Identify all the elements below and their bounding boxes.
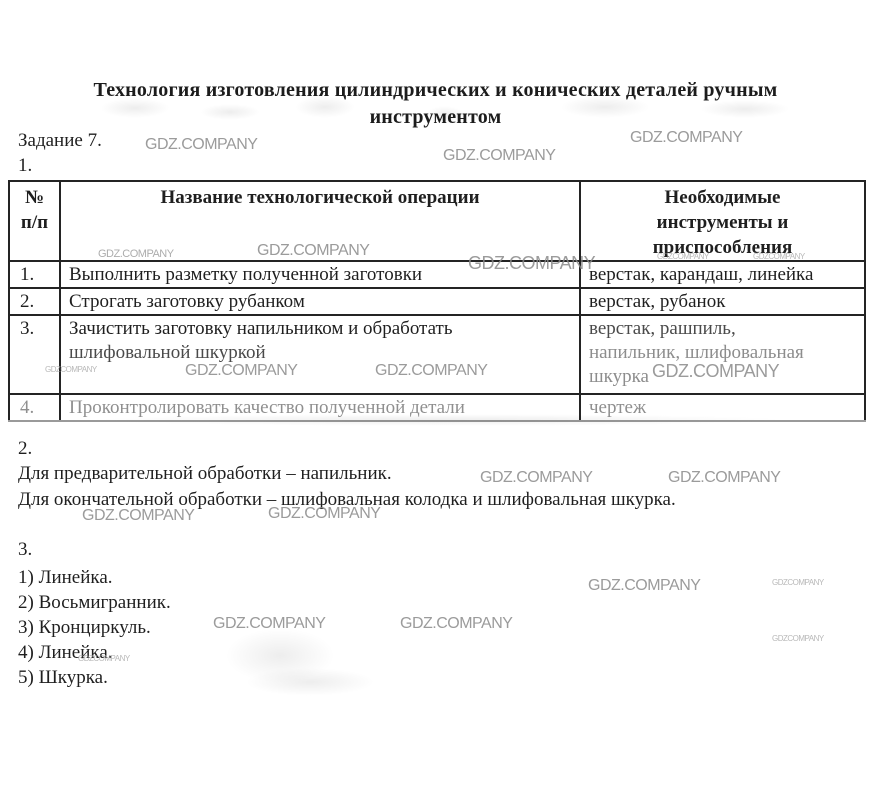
gdz-watermark: GDZCOMPANY — [753, 252, 805, 261]
row-3-tools-line1: верстак, рашпиль, — [589, 317, 860, 341]
row-1-tools: верстак, карандаш, линейка — [580, 261, 865, 288]
col-header-num-line1: № — [14, 185, 55, 210]
gdz-watermark: GDZ.COMPANY — [668, 469, 780, 487]
row-1-num: 1. — [9, 261, 60, 288]
table-row-3: 3. Зачистить заготовку напильником и обр… — [9, 315, 865, 394]
gdz-watermark: GDZ.COMPANY — [375, 362, 487, 380]
gdz-watermark: GDZ.COMPANY — [145, 136, 257, 154]
row-2-num: 2. — [9, 288, 60, 315]
gdz-watermark: GDZ.COMPANY — [588, 577, 700, 595]
col-header-tools-line3: приспособления — [585, 235, 860, 260]
gdz-watermark: GDZCOMPANY — [78, 654, 130, 663]
title-line-1: Технология изготовления цилиндрических и… — [0, 77, 871, 104]
answer-3-label: 3. — [18, 538, 32, 562]
row-3-operation-line1: Зачистить заготовку напильником и обрабо… — [69, 317, 575, 341]
answer-3-item-3: 3) Кронциркуль. — [18, 616, 151, 640]
gdz-watermark: GDZ.COMPANY — [443, 147, 555, 165]
gdz-watermark: GDZ.COMPANY — [185, 362, 297, 380]
gdz-watermark: GDZ.COMPANY — [98, 248, 174, 260]
title-line-2: инструментом — [0, 104, 871, 131]
row-4-tools: чертеж — [580, 394, 865, 421]
document-page: Технология изготовления цилиндрических и… — [0, 0, 871, 785]
gdz-watermark: GDZ.COMPANY — [82, 507, 194, 525]
gdz-watermark: GDZ.COMPANY — [630, 129, 742, 147]
gdz-watermark: GDZ.COMPANY — [400, 615, 512, 633]
gdz-watermark: GDZ.COMPANY — [480, 469, 592, 487]
answer-2-line-1: Для предварительной обработки – напильни… — [18, 462, 392, 486]
answer-3-item-2: 2) Восьмигранник. — [18, 591, 171, 615]
row-4-num: 4. — [9, 394, 60, 421]
answer-3-item-1: 1) Линейка. — [18, 566, 113, 590]
answer-2-label: 2. — [18, 437, 32, 461]
gdz-watermark: GDZCOMPANY — [772, 578, 824, 587]
gdz-watermark: GDZ.COMPANY — [257, 242, 369, 260]
table-row-1: 1. Выполнить разметку полученной заготов… — [9, 261, 865, 288]
answer-3-item-5: 5) Шкурка. — [18, 666, 108, 690]
scan-smudge — [225, 628, 335, 683]
answer-1-label: 1. — [18, 154, 32, 178]
row-3-num: 3. — [9, 315, 60, 394]
gdz-watermark: GDZCOMPANY — [772, 634, 824, 643]
row-3-tools: верстак, рашпиль, напильник, шлифовальна… — [580, 315, 865, 394]
table-row-2: 2. Строгать заготовку рубанком верстак, … — [9, 288, 865, 315]
row-3-operation-line2: шлифовальной шкуркой — [69, 341, 575, 365]
gdz-watermark: GDZ.COMPANY — [468, 253, 595, 274]
col-header-tools: Необходимые инструменты и приспособления — [580, 181, 865, 261]
gdz-watermark: GDZCOMPANY — [657, 252, 709, 261]
col-header-tools-line2: инструменты и — [585, 210, 860, 235]
row-4-operation: Проконтролировать качество полученной де… — [60, 394, 580, 421]
gdz-watermark: GDZ.COMPANY — [268, 505, 380, 523]
row-2-tools: верстак, рубанок — [580, 288, 865, 315]
table-row-4: 4. Проконтролировать качество полученной… — [9, 394, 865, 421]
gdz-watermark: GDZ.COMPANY — [652, 361, 779, 382]
gdz-watermark: GDZ.COMPANY — [213, 615, 325, 633]
scan-smudge — [245, 668, 375, 696]
col-header-num: № п/п — [9, 181, 60, 261]
col-header-num-line2: п/п — [14, 210, 55, 235]
row-2-operation: Строгать заготовку рубанком — [60, 288, 580, 315]
col-header-tools-line1: Необходимые — [585, 185, 860, 210]
gdz-watermark: GDZCOMPANY — [45, 365, 97, 374]
document-title: Технология изготовления цилиндрических и… — [0, 77, 871, 131]
task-label: Задание 7. — [18, 129, 102, 153]
operations-table: № п/п Название технологической операции … — [8, 180, 866, 422]
row-3-operation: Зачистить заготовку напильником и обрабо… — [60, 315, 580, 394]
